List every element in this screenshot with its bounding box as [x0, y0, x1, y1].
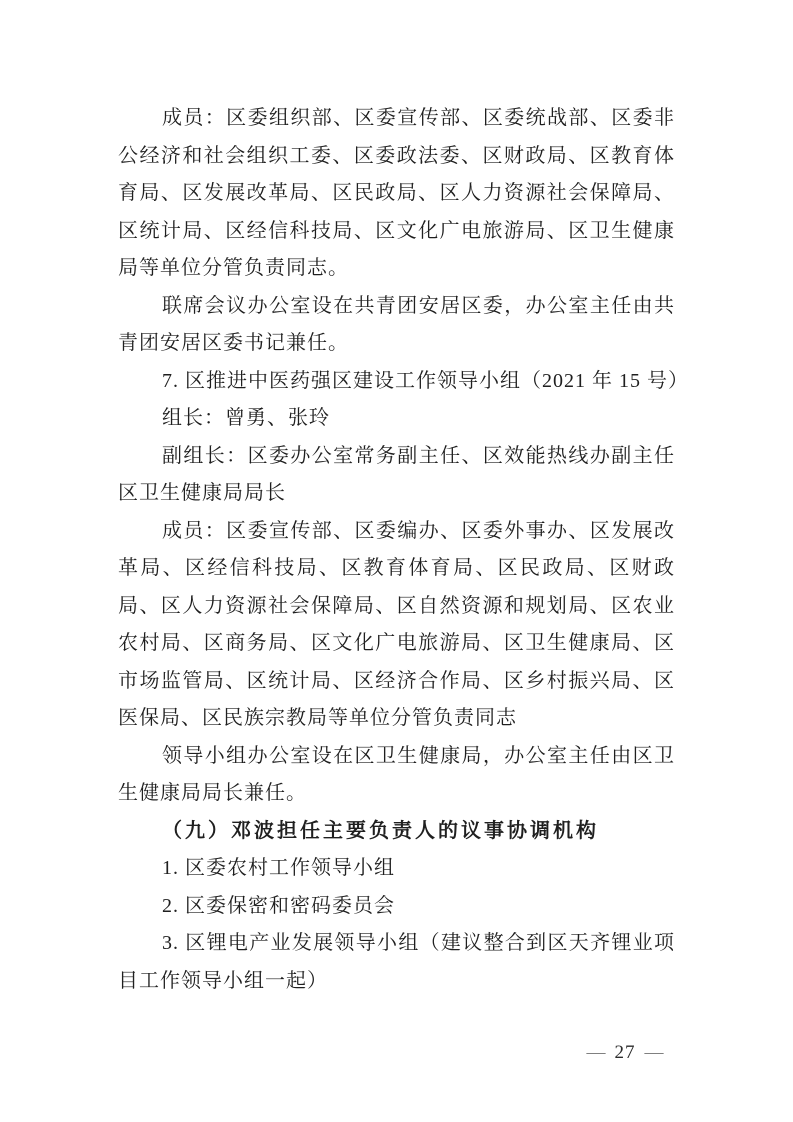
page-number: — 27 — — [583, 1040, 667, 1066]
paragraph-joint-meeting-office: 联席会议办公室设在共青团安居区委，办公室主任由共青团安居区委书记兼任。 — [118, 288, 675, 363]
page-number-right-dash: — — [645, 1040, 664, 1066]
page-number-value: 27 — [615, 1040, 636, 1066]
paragraph-leading-group-office: 领导小组办公室设在区卫生健康局，办公室主任由区卫生健康局局长兼任。 — [118, 738, 675, 813]
section-heading-nine: （九）邓波担任主要负责人的议事协调机构 — [118, 813, 675, 851]
paragraph-group-7-title: 7. 区推进中医药强区建设工作领导小组（2021 年 15 号） — [118, 363, 675, 401]
document-body: 成员：区委组织部、区委宣传部、区委统战部、区委非公经济和社会组织工委、区委政法委… — [118, 100, 675, 1000]
paragraph-group-leader: 组长：曾勇、张玲 — [118, 400, 675, 438]
list-item-1: 1. 区委农村工作领导小组 — [118, 850, 675, 888]
paragraph-members-list-2: 成员：区委宣传部、区委编办、区委外事办、区发展改革局、区经信科技局、区教育体育局… — [118, 513, 675, 738]
list-item-2: 2. 区委保密和密码委员会 — [118, 888, 675, 926]
document-page: 成员：区委组织部、区委宣传部、区委统战部、区委非公经济和社会组织工委、区委政法委… — [0, 0, 793, 1122]
page-number-left-dash: — — [587, 1040, 606, 1066]
list-item-3: 3. 区锂电产业发展领导小组（建议整合到区天齐锂业项目工作领导小组一起） — [118, 925, 675, 1000]
paragraph-members-list-1: 成员：区委组织部、区委宣传部、区委统战部、区委非公经济和社会组织工委、区委政法委… — [118, 100, 675, 288]
paragraph-deputy-leaders: 副组长：区委办公室常务副主任、区效能热线办副主任区卫生健康局局长 — [118, 438, 675, 513]
